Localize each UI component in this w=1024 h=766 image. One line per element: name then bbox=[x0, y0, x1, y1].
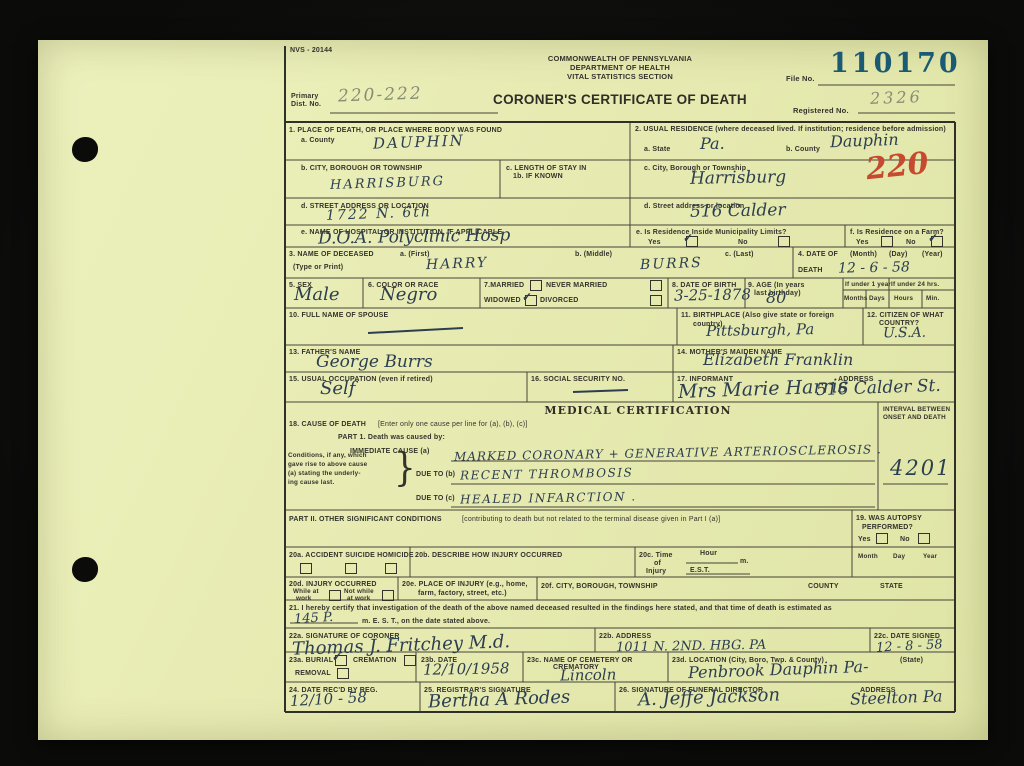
s6-value: Negro bbox=[380, 286, 437, 304]
interval-label1: INTERVAL BETWEEN bbox=[883, 406, 950, 414]
s18-conditions-line3: (a) stating the underly- bbox=[288, 470, 361, 478]
s20c-m-label: m. bbox=[740, 557, 749, 566]
s4-death-label: DEATH bbox=[798, 266, 823, 275]
s4-year-label: (Year) bbox=[922, 250, 943, 259]
s20a-label: 20a. ACCIDENT SUICIDE HOMICIDE bbox=[289, 551, 414, 560]
s20b-label: 20b. DESCRIBE HOW INJURY OCCURRED bbox=[415, 551, 562, 560]
conditions-brace: } bbox=[394, 445, 416, 491]
s1a-value: DAUPHIN bbox=[373, 133, 465, 151]
registered-no-value: 2326 bbox=[870, 89, 923, 107]
s1d-value: 1722 N. 6th bbox=[326, 205, 432, 223]
s2f-yes-checkbox bbox=[881, 236, 893, 247]
s2e-yes-checkmark: ✓ bbox=[683, 232, 693, 244]
s7-married-label: 7.MARRIED bbox=[484, 281, 524, 290]
s3-first-value: HARRY bbox=[426, 256, 489, 272]
s9-value: 80 bbox=[766, 290, 786, 306]
s20c-hour-label: Hour bbox=[700, 549, 717, 558]
registrar-signature: Bertha A Rodes bbox=[428, 689, 571, 712]
interval-value: 4201 bbox=[890, 458, 951, 479]
s21-time-value: 145 P. bbox=[294, 611, 334, 626]
s20d-while-label2: work bbox=[296, 595, 312, 603]
burial-date-value: 12/10/1958 bbox=[423, 661, 510, 678]
s9-months-label: Months bbox=[844, 295, 868, 303]
s2c-red-number: 220 bbox=[865, 149, 930, 185]
s19-no-label: No bbox=[900, 535, 910, 544]
s20f-county-label: COUNTY bbox=[808, 582, 839, 591]
s23d-state-label: (State) bbox=[900, 656, 923, 665]
s2e-no-checkbox bbox=[778, 236, 790, 247]
s9-under1-label: If under 1 year bbox=[845, 281, 891, 289]
coroner-address: 1011 N. 2ND. HBG. PA bbox=[616, 639, 766, 655]
s2f-no-label: No bbox=[906, 238, 916, 247]
s20a-homicide-checkbox bbox=[385, 563, 397, 574]
s18-due-c-label: DUE TO (c) bbox=[416, 494, 455, 503]
s2b-value: Dauphin bbox=[830, 132, 899, 150]
s19-no-checkbox bbox=[918, 533, 930, 544]
s20f-label: 20f. CITY, BOROUGH, TOWNSHIP bbox=[541, 582, 658, 591]
s18-part1-label: PART 1. Death was caused by: bbox=[338, 433, 445, 442]
s7-divorced-label: DIVORCED bbox=[540, 296, 579, 305]
s18-cause-b-value: RECENT THROMBOSIS bbox=[460, 466, 633, 481]
s2c-value: Harrisburg bbox=[690, 169, 787, 188]
s1b-value: HARRISBURG bbox=[330, 175, 445, 192]
scanned-death-certificate: NVS - 20144 COMMONWEALTH OF PENNSYLVANIA… bbox=[0, 0, 1024, 766]
s20d-notwhile-checkbox bbox=[382, 590, 394, 601]
s1c-label2: 1b. IF KNOWN bbox=[513, 172, 563, 181]
s20e-label2: farm, factory, street, etc.) bbox=[418, 589, 507, 598]
s20e-label: 20e. PLACE OF INJURY (e.g., home, bbox=[402, 580, 528, 589]
certificate-paper: NVS - 20144 COMMONWEALTH OF PENNSYLVANIA… bbox=[38, 40, 988, 740]
s23a-burial-checkmark: ✓ bbox=[332, 651, 342, 663]
registered-no-label: Registered No. bbox=[793, 106, 849, 116]
s23a-removal-checkbox bbox=[337, 668, 349, 679]
s3-sub-label: (Type or Print) bbox=[293, 263, 343, 272]
s9-hours-label: Hours bbox=[894, 295, 913, 303]
s9-days-label: Days bbox=[869, 295, 885, 303]
s19-yes-checkbox bbox=[876, 533, 888, 544]
s18-cause-c-value: HEALED INFARCTION . bbox=[460, 490, 637, 505]
s20d-notwhile-label2: at work bbox=[347, 595, 370, 603]
s2a-value: Pa. bbox=[700, 136, 725, 152]
s2a-label: a. State bbox=[644, 145, 671, 154]
s21-certify-text: 21. I hereby certify that investigation … bbox=[289, 604, 832, 613]
s20c-est-label: E.S.T. bbox=[690, 566, 710, 575]
s20c-month-label: Month bbox=[858, 553, 878, 561]
funeral-director-address: Steelton Pa bbox=[850, 688, 943, 707]
s18-conditions-line2: gave rise to above cause bbox=[288, 461, 367, 469]
s23a-removal-label: REMOVAL bbox=[295, 669, 331, 678]
s19-label2: PERFORMED? bbox=[862, 523, 913, 532]
s1b-label: b. CITY, BOROUGH OR TOWNSHIP bbox=[301, 164, 422, 173]
s9-under24-label: If under 24 hrs. bbox=[891, 281, 939, 289]
date-signed-value: 12 - 8 - 58 bbox=[876, 638, 943, 654]
s12-value: U.S.A. bbox=[883, 326, 926, 341]
s20c-year-label: Year bbox=[923, 553, 937, 561]
s20c-label3: Injury bbox=[646, 567, 666, 576]
s4-value: 12 - 6 - 58 bbox=[838, 260, 910, 275]
cemetery-value: Lincoln bbox=[560, 668, 617, 684]
s18-due-b-label: DUE TO (b) bbox=[416, 470, 455, 479]
s7-divorced-checkbox bbox=[650, 295, 662, 306]
s2b-label: b. County bbox=[786, 145, 820, 154]
s2e-label: e. Is Residence Inside Municipality Limi… bbox=[636, 228, 787, 237]
s8-value: 3-25-1878 bbox=[674, 287, 751, 303]
s18-conditions-line4: ing cause last. bbox=[288, 479, 334, 487]
s4-label: 4. DATE OF bbox=[798, 250, 838, 259]
s7-never-married-checkbox bbox=[650, 280, 662, 291]
s19-yes-label: Yes bbox=[858, 535, 871, 544]
medical-certification-title: MEDICAL CERTIFICATION bbox=[388, 404, 888, 417]
s5-value: Male bbox=[294, 286, 340, 304]
s19-label: 19. WAS AUTOPSY bbox=[856, 514, 922, 523]
s9-min-label: Min. bbox=[926, 295, 939, 303]
s2f-no-checkmark: ✓ bbox=[928, 232, 938, 244]
s11-value: Pittsburgh, Pa bbox=[706, 322, 814, 339]
s15-label: 15. USUAL OCCUPATION (even if retired) bbox=[289, 375, 433, 384]
s2d-value: 516 Calder bbox=[690, 202, 786, 221]
s2e-no-label: No bbox=[738, 238, 748, 247]
s3-last-label: c. (Last) bbox=[725, 250, 754, 259]
s13-value: George Burrs bbox=[316, 354, 433, 371]
s23a-cremation-checkbox bbox=[404, 655, 416, 666]
s14-value: Elizabeth Franklin bbox=[703, 352, 853, 368]
s21-certify-text2: m. E. S. T., on the date stated above. bbox=[362, 617, 490, 626]
s2f-yes-label: Yes bbox=[856, 238, 869, 247]
s2-label: 2. USUAL RESIDENCE (where deceased lived… bbox=[635, 125, 950, 134]
primary-dist-value: 220-222 bbox=[338, 86, 423, 106]
s10-label: 10. FULL NAME OF SPOUSE bbox=[289, 311, 388, 320]
s3-last-value: BURRS bbox=[640, 256, 703, 272]
funeral-director-signature: A. Jeffe Jackson bbox=[638, 687, 781, 710]
s1a-label: a. County bbox=[301, 136, 335, 145]
date-received-value: 12/10 - 58 bbox=[290, 690, 368, 709]
part2-bracket-note: [contributing to death but not related t… bbox=[462, 515, 720, 524]
s7-never-married-label: NEVER MARRIED bbox=[546, 281, 607, 290]
s18-conditions-line1: Conditions, if any, which bbox=[288, 452, 367, 460]
s16-label: 16. SOCIAL SECURITY NO. bbox=[531, 375, 625, 384]
s3-label: 3. NAME OF DECEASED bbox=[289, 250, 374, 259]
s7-widowed-checkmark: ✓ bbox=[522, 291, 532, 303]
s11-label: 11. BIRTHPLACE (Also give state or forei… bbox=[681, 311, 861, 320]
s2e-yes-label: Yes bbox=[648, 238, 661, 247]
s20c-day-label: Day bbox=[893, 553, 905, 561]
s17-address-value: 516 Calder St. bbox=[816, 378, 941, 399]
s20a-suicide-checkbox bbox=[345, 563, 357, 574]
s7-widowed-label: WIDOWED bbox=[484, 296, 521, 305]
s1e-value: D.O.A. Polyclinic Hosp bbox=[318, 227, 511, 247]
s15-value: Self bbox=[320, 380, 355, 398]
s20d-while-checkbox bbox=[329, 590, 341, 601]
file-number-stamp: 110170 bbox=[830, 48, 961, 79]
s3-middle-label: b. (Middle) bbox=[575, 250, 612, 259]
s20a-accident-checkbox bbox=[300, 563, 312, 574]
s4-month-label: (Month) bbox=[850, 250, 877, 259]
file-no-label: File No. bbox=[786, 74, 815, 84]
s20f-state-label: STATE bbox=[880, 582, 903, 591]
s18-label: 18. CAUSE OF DEATH bbox=[289, 420, 366, 429]
part2-label: PART II. OTHER SIGNIFICANT CONDITIONS bbox=[289, 515, 442, 524]
interval-label2: ONSET AND DEATH bbox=[883, 414, 946, 422]
s18-bracket-note: [Enter only one cause per line for (a), … bbox=[378, 420, 527, 429]
s4-day-label: (Day) bbox=[889, 250, 908, 259]
